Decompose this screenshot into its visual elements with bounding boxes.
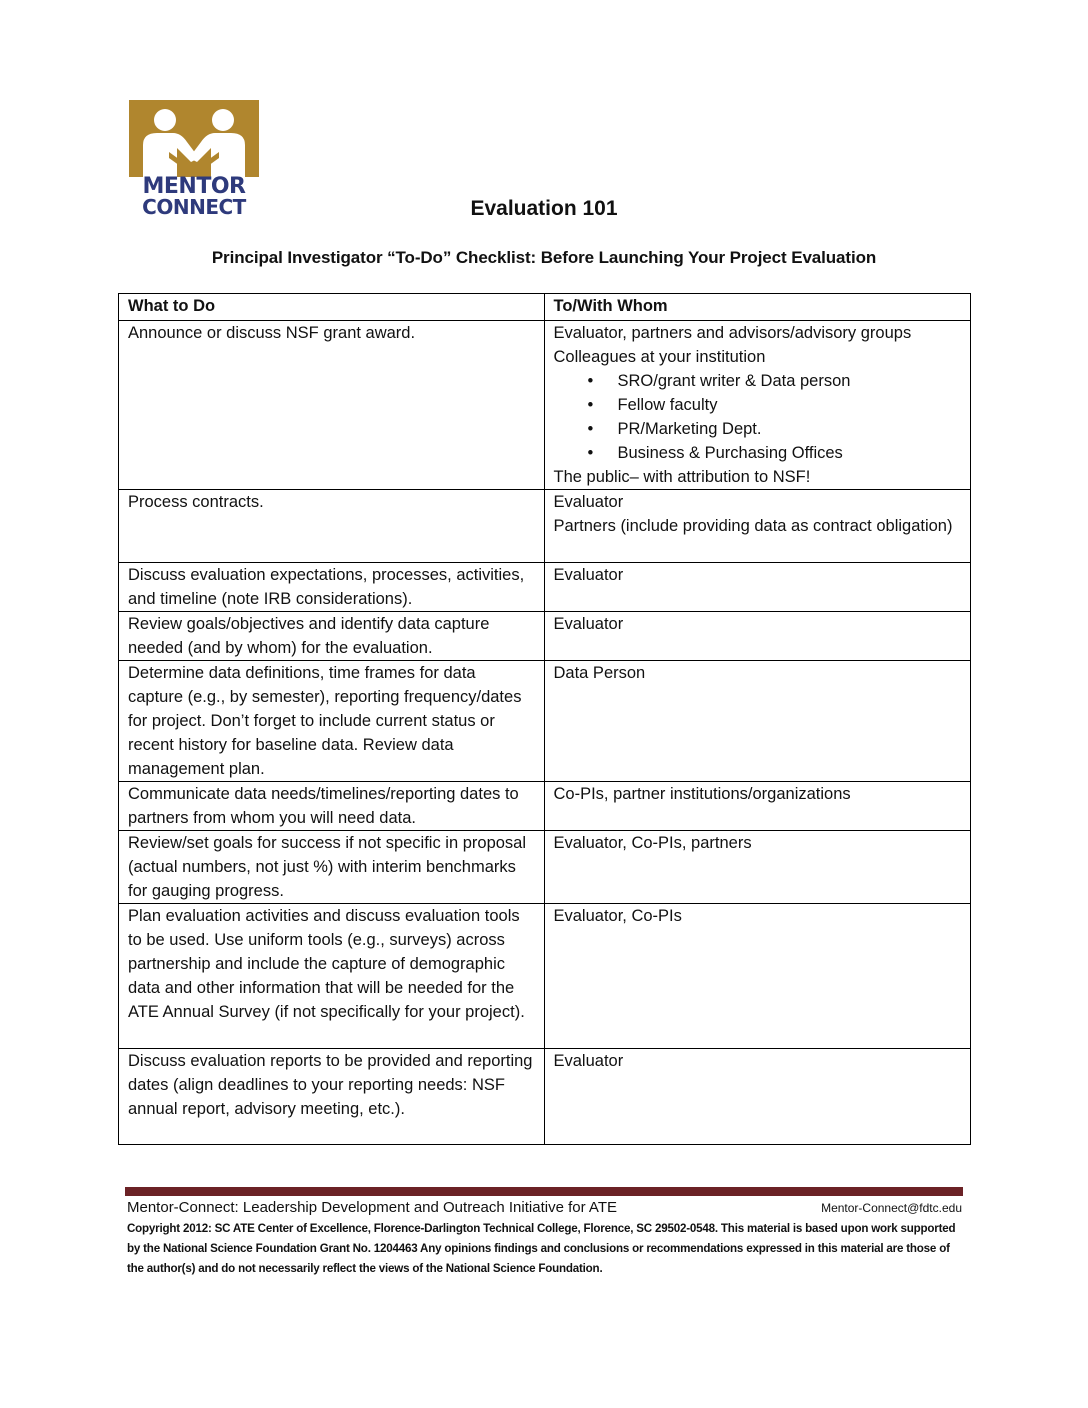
- whom-bullet-item: •Business & Purchasing Offices: [618, 441, 962, 465]
- column-header-whom: To/With Whom: [544, 294, 971, 321]
- table-row: Communicate data needs/timelines/reporti…: [119, 782, 971, 831]
- bullet-text: PR/Marketing Dept.: [618, 420, 762, 438]
- cell-what-to-do: Review/set goals for success if not spec…: [119, 831, 545, 904]
- page-title: Evaluation 101: [0, 197, 1088, 221]
- whom-bullet-list: •SRO/grant writer & Data person•Fellow f…: [554, 369, 962, 465]
- footer-divider-bar: [125, 1187, 963, 1196]
- whom-bullet-item: •Fellow faculty: [618, 393, 962, 417]
- footer-copyright: Copyright 2012: SC ATE Center of Excelle…: [127, 1219, 967, 1279]
- whom-line: Data Person: [554, 661, 962, 685]
- cell-what-to-do: Discuss evaluation expectations, process…: [119, 563, 545, 612]
- cell-to-with-whom: Evaluator: [544, 612, 971, 661]
- table-row: Discuss evaluation expectations, process…: [119, 563, 971, 612]
- cell-to-with-whom: Evaluator, Co-PIs: [544, 904, 971, 1049]
- cell-what-to-do: Discuss evaluation reports to be provide…: [119, 1049, 545, 1145]
- table-row: Plan evaluation activities and discuss e…: [119, 904, 971, 1049]
- whom-line: Partners (include providing data as cont…: [554, 514, 962, 538]
- cell-what-to-do: Communicate data needs/timelines/reporti…: [119, 782, 545, 831]
- table-row: Announce or discuss NSF grant award.Eval…: [119, 321, 971, 490]
- whom-line: Evaluator, partners and advisors/advisor…: [554, 321, 962, 345]
- whom-line: Evaluator, Co-PIs, partners: [554, 831, 962, 855]
- table-row: Review goals/objectives and identify dat…: [119, 612, 971, 661]
- whom-line: Colleagues at your institution: [554, 345, 962, 369]
- bullet-icon: •: [588, 369, 594, 393]
- whom-bullet-item: •PR/Marketing Dept.: [618, 417, 962, 441]
- cell-to-with-whom: EvaluatorPartners (include providing dat…: [544, 490, 971, 563]
- cell-to-with-whom: Evaluator: [544, 563, 971, 612]
- whom-bullet-item: •SRO/grant writer & Data person: [618, 369, 962, 393]
- bullet-text: SRO/grant writer & Data person: [618, 372, 851, 390]
- bullet-text: Fellow faculty: [618, 396, 718, 414]
- bullet-icon: •: [588, 393, 594, 417]
- cell-to-with-whom: Data Person: [544, 661, 971, 782]
- handshake-logo-icon: [129, 100, 259, 177]
- table-header-row: What to Do To/With Whom: [119, 294, 971, 321]
- bullet-icon: •: [588, 441, 594, 465]
- table-row: Discuss evaluation reports to be provide…: [119, 1049, 971, 1145]
- whom-line: Evaluator: [554, 490, 962, 514]
- cell-to-with-whom: Evaluator, partners and advisors/advisor…: [544, 321, 971, 490]
- whom-line: Evaluator: [554, 612, 962, 636]
- cell-what-to-do: Review goals/objectives and identify dat…: [119, 612, 545, 661]
- column-header-what: What to Do: [119, 294, 545, 321]
- whom-line: Evaluator: [554, 563, 962, 587]
- whom-line: Evaluator, Co-PIs: [554, 904, 962, 928]
- whom-line: The public– with attribution to NSF!: [554, 465, 962, 489]
- page-subtitle: Principal Investigator “To-Do” Checklist…: [0, 248, 1088, 268]
- cell-to-with-whom: Evaluator: [544, 1049, 971, 1145]
- cell-to-with-whom: Evaluator, Co-PIs, partners: [544, 831, 971, 904]
- table-row: Determine data definitions, time frames …: [119, 661, 971, 782]
- table-row: Review/set goals for success if not spec…: [119, 831, 971, 904]
- footer-program-name: Mentor-Connect: Leadership Development a…: [127, 1199, 617, 1216]
- footer-email-link[interactable]: Mentor-Connect@fdtc.edu: [821, 1201, 962, 1215]
- bullet-icon: •: [588, 417, 594, 441]
- cell-to-with-whom: Co-PIs, partner institutions/organizatio…: [544, 782, 971, 831]
- whom-line: Co-PIs, partner institutions/organizatio…: [554, 782, 962, 806]
- checklist-table: What to Do To/With Whom Announce or disc…: [118, 293, 971, 1145]
- cell-what-to-do: Determine data definitions, time frames …: [119, 661, 545, 782]
- cell-what-to-do: Process contracts.: [119, 490, 545, 563]
- table-row: Process contracts.EvaluatorPartners (inc…: [119, 490, 971, 563]
- whom-line: Evaluator: [554, 1049, 962, 1073]
- bullet-text: Business & Purchasing Offices: [618, 444, 843, 462]
- cell-what-to-do: Plan evaluation activities and discuss e…: [119, 904, 545, 1049]
- cell-what-to-do: Announce or discuss NSF grant award.: [119, 321, 545, 490]
